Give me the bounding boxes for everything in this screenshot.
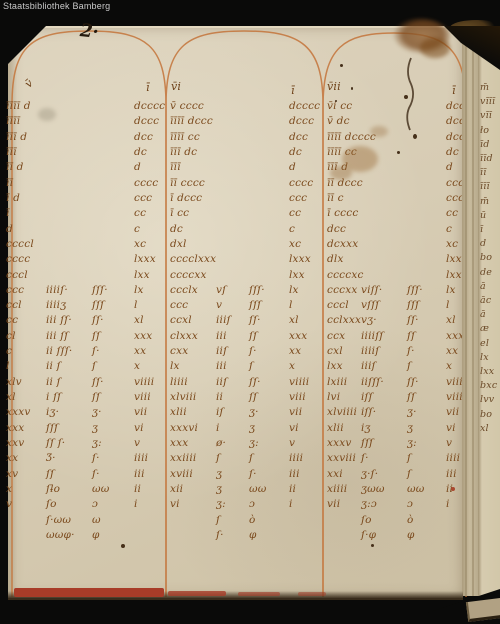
numeral-cell: ωω <box>407 483 425 495</box>
next-page-fragment: ā <box>480 281 486 293</box>
next-page-fragment: de <box>480 267 492 279</box>
numeral-cell: ccc <box>134 192 152 204</box>
next-page-fragment: xl <box>480 423 489 435</box>
numeral-cell: l <box>446 299 450 311</box>
numeral-cell: dc <box>134 146 147 158</box>
next-page-fragment: īīī <box>480 181 490 193</box>
numeral-cell: viiii <box>289 376 309 388</box>
numeral-cell: īīīī cc <box>170 131 200 143</box>
numeral-cell: ſ· <box>216 529 224 541</box>
binding-corner-piece <box>466 598 500 622</box>
numeral-cell: ʒ <box>216 468 222 480</box>
numeral-cell: ɔ <box>92 498 98 510</box>
next-page-fragment: æ <box>480 323 489 335</box>
next-page-fragment: bo <box>480 409 492 421</box>
numeral-cell: lx <box>134 284 144 296</box>
numeral-cell: viii <box>446 391 463 403</box>
numeral-cell: ī <box>146 82 150 94</box>
numeral-cell: vi <box>289 422 299 434</box>
numeral-cell: ccclx <box>170 284 198 296</box>
numeral-cell: clxxx <box>170 330 198 342</box>
numeral-cell: viii <box>289 391 306 403</box>
numeral-cell: cc <box>446 207 458 219</box>
numeral-cell: ʒ· <box>249 406 259 418</box>
numeral-cell: dcccc <box>134 100 165 112</box>
numeral-cell: l <box>289 299 293 311</box>
numeral-cell: ſſ <box>92 330 100 342</box>
numeral-cell: ſ <box>249 452 253 464</box>
ink-spot <box>413 134 417 139</box>
numeral-cell: lx <box>446 284 456 296</box>
numeral-cell: dxl <box>170 238 187 250</box>
ink-spot <box>397 151 400 154</box>
numeral-cell: vſſſ <box>361 299 379 311</box>
numeral-cell: dcxxx <box>327 238 358 250</box>
numeral-cell: ɔ <box>249 498 255 510</box>
numeral-cell: ī cc <box>170 207 189 219</box>
numeral-cell: iiiſ <box>361 360 376 372</box>
numeral-cell: i <box>289 498 293 510</box>
numeral-cell: lxx <box>327 360 343 372</box>
numeral-cell: ī cccc <box>327 207 358 219</box>
quire-mark: 2· <box>79 20 100 43</box>
numeral-cell: iii <box>216 330 227 342</box>
numeral-cell: īī d <box>6 161 24 173</box>
numeral-cell: xl <box>289 314 299 326</box>
numeral-cell: ʒ: <box>249 437 259 449</box>
numeral-cell: v̄ cccc <box>170 100 204 112</box>
numeral-cell: īīī d <box>6 131 27 143</box>
numeral-cell: d <box>134 161 141 173</box>
numeral-cell: ſſ· <box>249 314 261 326</box>
numeral-cell: xlviii <box>170 391 197 403</box>
corner-stain-small <box>420 38 450 58</box>
numeral-cell: ʒ <box>407 422 413 434</box>
numeral-cell: i <box>134 498 138 510</box>
ink-spot <box>371 544 374 547</box>
numeral-cell: iiiiʒ <box>46 299 66 311</box>
numeral-cell: vi <box>170 498 180 510</box>
numeral-cell: ſſ· <box>92 314 104 326</box>
numeral-cell: dc <box>170 223 183 235</box>
numeral-cell: īīī <box>6 146 17 158</box>
numeral-cell: xlii <box>327 422 344 434</box>
numeral-cell: iii <box>289 468 300 480</box>
numeral-cell: ccxl <box>170 314 192 326</box>
numeral-cell: ſſ <box>249 330 257 342</box>
numeral-cell: dcc <box>289 131 308 143</box>
next-page-fragment: īd <box>480 139 490 151</box>
numeral-cell: ſſſ <box>361 437 373 449</box>
next-page-fragment: ī <box>480 224 483 236</box>
numeral-cell: ſſſ· <box>249 284 265 296</box>
numeral-cell: ī <box>452 85 456 97</box>
numeral-cell: ʒ: <box>216 498 226 510</box>
numeral-cell: ccccxc <box>327 269 364 281</box>
ink-spot <box>404 95 408 99</box>
numeral-cell: cc <box>6 314 18 326</box>
numeral-cell: lxx <box>134 269 150 281</box>
numeral-cell: lxxx <box>289 253 311 265</box>
numeral-cell: ii ſſſ· <box>46 345 72 357</box>
numeral-cell: x <box>446 360 452 372</box>
numeral-cell: iiii <box>446 452 460 464</box>
numeral-cell: lxiii <box>327 376 347 388</box>
numeral-cell: φ <box>249 529 257 541</box>
red-ink-dot <box>451 487 455 491</box>
page-stain <box>330 166 352 180</box>
numeral-cell: iii ſſ <box>46 330 68 342</box>
numeral-cell: xv <box>6 468 18 480</box>
numeral-cell: cccl <box>327 299 349 311</box>
numeral-cell: i <box>446 498 450 510</box>
numeral-cell: lxx <box>446 269 462 281</box>
numeral-cell: ſſ <box>46 468 54 480</box>
numeral-cell: vii <box>327 498 340 510</box>
numeral-cell: ø· <box>216 437 226 449</box>
red-painted-edge <box>14 588 164 597</box>
numeral-cell: ii <box>216 391 223 403</box>
numeral-cell: dcccc <box>289 100 320 112</box>
numeral-cell: ʒ:ɔ <box>361 498 377 510</box>
numeral-cell: ī dccc <box>170 192 202 204</box>
numeral-cell: cccclxxx <box>170 253 216 265</box>
numeral-cell: dc <box>446 146 459 158</box>
numeral-cell: xxx <box>170 437 188 449</box>
numeral-cell: cclxxx <box>327 314 361 326</box>
numeral-cell: ii <box>289 483 296 495</box>
numeral-cell: iii <box>216 360 227 372</box>
numeral-cell: viiii <box>134 376 154 388</box>
numeral-cell: xx <box>446 345 458 357</box>
numeral-cell: xlv <box>6 376 22 388</box>
next-page-fragment: bo <box>480 252 492 264</box>
ink-spot <box>340 64 343 67</box>
numeral-cell: lvi <box>327 391 340 403</box>
numeral-cell: iiſſſ· <box>361 376 384 388</box>
numeral-cell: liiii <box>170 376 188 388</box>
numeral-cell: ʒ· <box>407 406 417 418</box>
numeral-cell: vii <box>446 406 459 418</box>
numeral-cell: l <box>134 299 138 311</box>
numeral-cell: ʒ·ſ· <box>361 468 378 480</box>
numeral-cell: cxx <box>170 345 188 357</box>
numeral-cell: xii <box>170 483 183 495</box>
next-page-fragment: īīd <box>480 153 493 165</box>
numeral-cell: ſ· <box>249 468 257 480</box>
numeral-cell: xc <box>134 238 146 250</box>
fore-edge-streak <box>465 28 467 596</box>
numeral-cell: ſſ <box>249 391 257 403</box>
numeral-cell: ccx <box>327 330 345 342</box>
numeral-cell: ſſ· <box>249 376 261 388</box>
numeral-cell: iſſ· <box>361 406 376 418</box>
numeral-cell: φ <box>92 529 100 541</box>
numeral-cell: ii ſ <box>46 360 61 372</box>
numeral-cell: v <box>134 437 140 449</box>
numeral-cell: x <box>289 360 295 372</box>
numeral-cell: īī <box>6 177 13 189</box>
numeral-cell: iii <box>134 468 145 480</box>
numeral-cell: xx <box>6 452 18 464</box>
numeral-cell: ſſſ <box>407 299 419 311</box>
numeral-cell: iiii <box>289 452 303 464</box>
numeral-cell: lx <box>170 360 180 372</box>
numeral-cell: ccl <box>6 299 22 311</box>
numeral-cell: i <box>216 422 220 434</box>
numeral-cell: iiiiſſ <box>361 330 383 342</box>
numeral-cell: iiiiſ <box>361 345 379 357</box>
numeral-cell: xc <box>446 238 458 250</box>
numeral-cell: v̄ii <box>327 81 341 93</box>
numeral-cell: ii <box>134 483 141 495</box>
numeral-cell: viii <box>134 391 151 403</box>
numeral-cell: ſſſ <box>92 299 104 311</box>
numeral-cell: v̄i cc <box>327 100 352 112</box>
numeral-cell: dcc <box>134 131 153 143</box>
numeral-cell: ii ſ <box>46 376 61 388</box>
fore-edge <box>462 28 479 596</box>
numeral-cell: ſſ· <box>407 314 419 326</box>
numeral-cell: ωωφ· <box>46 529 75 541</box>
numeral-cell: cccc <box>134 177 158 189</box>
next-page-fragment: lxx <box>480 366 494 378</box>
numeral-cell: vſ <box>216 284 226 296</box>
numeral-cell: xxv <box>6 437 24 449</box>
numeral-cell: v <box>6 498 12 510</box>
next-folio-edge: m̄vīīīvīīłoīdīīdīīīīīm̄ūīdbodeāācāæellxl… <box>478 40 500 596</box>
numeral-cell: ſ· <box>249 345 257 357</box>
numeral-cell: cccc <box>289 177 313 189</box>
numeral-cell: lxx <box>289 269 305 281</box>
red-painted-edge <box>298 592 326 596</box>
numeral-cell: c <box>6 345 12 357</box>
numeral-cell: ſſ· <box>407 376 419 388</box>
numeral-cell: ʒ· <box>92 406 102 418</box>
numeral-cell: ſſ <box>407 330 415 342</box>
numeral-cell: cccl <box>6 269 28 281</box>
numeral-cell: iʒ <box>361 422 371 434</box>
numeral-cell: ω <box>92 514 101 526</box>
next-page-fragment: bxc <box>480 380 497 392</box>
numeral-cell: xviii <box>170 468 193 480</box>
numeral-cell: ſ· <box>92 452 100 464</box>
numeral-cell: xlii <box>170 406 187 418</box>
next-page-fragment: īī <box>480 167 486 179</box>
numeral-cell: ſſ <box>407 391 415 403</box>
numeral-cell: īīīī dccc <box>170 115 213 127</box>
numeral-cell: dlx <box>327 253 344 265</box>
numeral-cell: ſ· <box>407 345 415 357</box>
numeral-cell: v <box>216 299 222 311</box>
numeral-cell: ī <box>291 85 295 97</box>
numeral-cell: iiiſ <box>216 314 231 326</box>
numeral-cell: ʒ: <box>92 437 102 449</box>
numeral-cell: φ <box>407 529 415 541</box>
numeral-cell: īīī <box>170 161 181 173</box>
next-page-fragment: lx <box>480 352 489 364</box>
numeral-cell: īīī dc <box>170 146 197 158</box>
numeral-cell: dcc <box>327 223 346 235</box>
numeral-cell: Ʒ· <box>46 452 56 464</box>
red-painted-edge <box>238 592 280 596</box>
numeral-cell: īīīī <box>6 115 20 127</box>
numeral-cell: ī <box>6 207 10 219</box>
numeral-cell: viſſ· <box>361 284 382 296</box>
numeral-cell: ſſ <box>92 391 100 403</box>
numeral-cell: ſſſ· <box>407 284 423 296</box>
numeral-cell: xx <box>289 345 301 357</box>
numeral-cell: xl <box>446 314 456 326</box>
numeral-cell: d <box>289 161 296 173</box>
numeral-cell: ωω <box>92 483 110 495</box>
numeral-cell: ſ <box>407 452 411 464</box>
numeral-cell: ʒ: <box>407 437 417 449</box>
fore-edge-streak <box>472 28 474 596</box>
numeral-cell: xl <box>6 391 16 403</box>
numeral-cell: dccc <box>134 115 159 127</box>
next-page-fragment: vīīī <box>480 96 495 108</box>
numeral-cell: ſƚo <box>46 483 60 495</box>
numeral-cell: xl <box>134 314 144 326</box>
numeral-cell: cc <box>289 207 301 219</box>
numeral-cell: ʒ <box>92 422 98 434</box>
numeral-cell: cccxx <box>327 284 358 296</box>
numeral-cell: ʒ <box>249 422 255 434</box>
next-page-fragment: el <box>480 338 489 350</box>
numeral-cell: iʒ· <box>46 406 59 418</box>
numeral-cell: i ſſ <box>46 391 61 403</box>
numeral-cell: ī d <box>6 192 20 204</box>
numeral-cell: īīīī d <box>6 100 31 112</box>
numeral-cell: ccc <box>6 284 24 296</box>
numeral-cell: ɔ <box>407 498 413 510</box>
red-painted-edge <box>168 591 226 596</box>
numeral-cell: ſ·φ <box>361 529 376 541</box>
numeral-cell: ʒ <box>216 483 222 495</box>
numeral-cell: vi <box>446 422 456 434</box>
ink-spot <box>351 87 353 90</box>
numeral-cell: xxxv <box>327 437 352 449</box>
numeral-cell: cc <box>134 207 146 219</box>
next-page-fragment: āc <box>480 295 491 307</box>
numeral-cell: ò <box>407 514 414 526</box>
numeral-cell: xx <box>134 345 146 357</box>
numeral-cell: cxl <box>327 345 343 357</box>
numeral-cell: lx <box>289 284 299 296</box>
numeral-cell: ωω <box>249 483 267 495</box>
numeral-cell: cl <box>6 330 16 342</box>
numeral-cell: x <box>6 483 12 495</box>
manuscript-photo: Staatsbibliothek Bamberg v̄īīīīī ddccccī… <box>0 0 500 624</box>
numeral-cell: ſo <box>361 514 372 526</box>
numeral-cell: ccc <box>289 192 307 204</box>
numeral-cell: ſ· <box>361 452 369 464</box>
numeral-cell: lxxx <box>134 253 156 265</box>
numeral-cell: xxi <box>327 468 343 480</box>
numeral-cell: ſſſ <box>46 422 58 434</box>
numeral-cell: cccc <box>6 253 30 265</box>
next-page-fragment: ā <box>480 309 486 321</box>
numeral-cell: ccccl <box>6 238 34 250</box>
numeral-cell: xxxv <box>6 406 31 418</box>
numeral-cell: iiiiſ· <box>46 284 68 296</box>
numeral-cell: v̄i <box>171 81 181 93</box>
ink-spot <box>121 544 125 548</box>
numeral-cell: iſ <box>216 406 224 418</box>
numeral-cell: īī cccc <box>170 177 205 189</box>
next-page-fragment: m̄ <box>480 196 489 208</box>
numeral-cell: ſ· <box>92 468 100 480</box>
next-page-fragment: vīī <box>480 110 492 122</box>
numeral-cell: l <box>6 360 10 372</box>
numeral-cell: ſſ· <box>92 376 104 388</box>
numeral-cell: xc <box>289 238 301 250</box>
next-page-fragment: d <box>480 238 486 250</box>
numeral-cell: ò <box>249 514 256 526</box>
numeral-cell: ccc <box>170 299 188 311</box>
ink-spot <box>335 100 337 102</box>
numeral-cell: dccc <box>289 115 314 127</box>
numeral-cell: vii <box>134 406 147 418</box>
numeral-cell: xxviii <box>327 452 356 464</box>
numeral-cell: xiiii <box>327 483 347 495</box>
numeral-cell: vii <box>289 406 302 418</box>
numeral-cell: īī c <box>327 192 344 204</box>
numeral-cell: vʒ· <box>361 314 377 326</box>
numeral-cell: xxx <box>6 422 24 434</box>
numeral-cell: īīīī dcccc <box>327 131 376 143</box>
numeral-cell: x <box>134 360 140 372</box>
numeral-cell: ſſſ <box>249 299 261 311</box>
numeral-cell: ſ <box>216 452 220 464</box>
numeral-cell: ſſſ· <box>92 284 108 296</box>
numeral-cell: iiſ <box>216 345 227 357</box>
numeral-cell: xxxvi <box>170 422 198 434</box>
numeral-cell: ʒωω <box>361 483 385 495</box>
numeral-cell: ſ <box>92 360 96 372</box>
numeral-cell: v <box>446 437 452 449</box>
numeral-cell: ſ <box>407 468 411 480</box>
numeral-cell: iii ſſ· <box>46 314 72 326</box>
numeral-cell: v <box>289 437 295 449</box>
numeral-cell: ſo <box>46 498 57 510</box>
numeral-cell: c <box>134 223 140 235</box>
numeral-cell: ſ <box>216 514 220 526</box>
next-page-fragment: ło <box>480 125 489 137</box>
numeral-cell: iii <box>446 468 457 480</box>
numeral-cell: xxx <box>289 330 307 342</box>
numeral-cell: ccccxx <box>170 269 207 281</box>
numeral-cell: d <box>6 223 13 235</box>
numeral-cell: ſ· <box>92 345 100 357</box>
next-page-fragment: lvv <box>480 394 494 406</box>
numeral-cell: c <box>446 223 452 235</box>
numeral-cell: iſſ <box>361 391 373 403</box>
numeral-cell: xxiiii <box>170 452 196 464</box>
next-page-fragment: ū <box>480 210 486 222</box>
numeral-cell: d <box>446 161 453 173</box>
numeral-cell: xxx <box>134 330 152 342</box>
numeral-cell: iiſ <box>216 376 227 388</box>
numeral-cell: ſ <box>249 360 253 372</box>
page-stain <box>370 126 388 137</box>
ink-squiggle-mark <box>407 58 413 130</box>
next-page-fragment: m̄ <box>480 82 489 94</box>
numeral-cell: iiii <box>134 452 148 464</box>
numeral-cell: ſſ ſ· <box>46 437 65 449</box>
numeral-cell: dc <box>289 146 302 158</box>
